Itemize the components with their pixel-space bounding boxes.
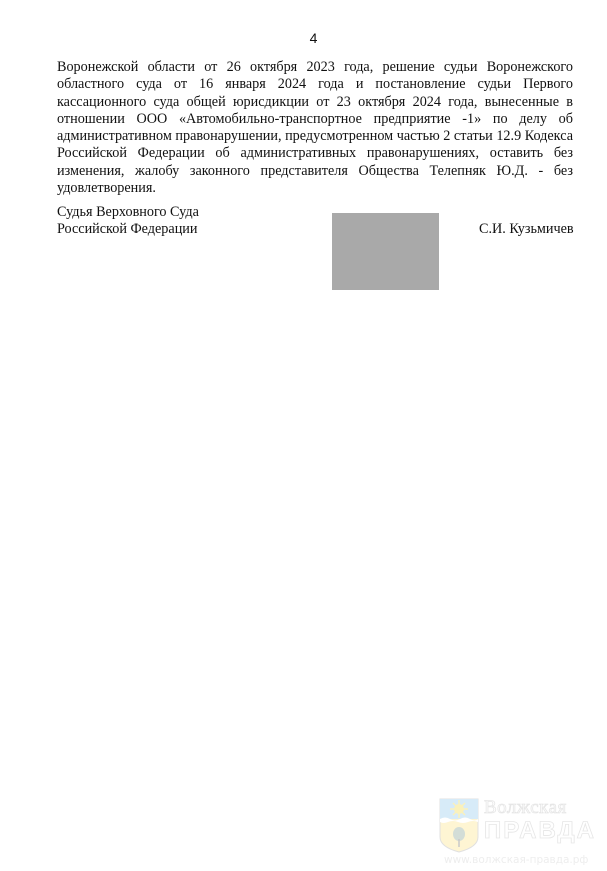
- watermark: Волжская ПРАВДА www.волжская-правда.рф: [438, 797, 607, 871]
- city-coat-of-arms-icon: [438, 797, 480, 853]
- judge-position-line1: Судья Верховного Суда: [57, 204, 199, 221]
- judge-position: Судья Верховного Суда Российской Федерац…: [57, 204, 199, 237]
- page-number: 4: [0, 30, 607, 46]
- watermark-title-line1: Волжская: [484, 797, 567, 819]
- judge-position-line2: Российской Федерации: [57, 221, 199, 238]
- judge-name: С.И. Кузьмичев: [479, 221, 574, 238]
- redacted-signature: [332, 213, 439, 290]
- watermark-url: www.волжская-правда.рф: [444, 854, 588, 866]
- ruling-text: Воронежской области от 26 октября 2023 г…: [57, 59, 573, 197]
- watermark-title-line2: ПРАВДА: [484, 817, 596, 845]
